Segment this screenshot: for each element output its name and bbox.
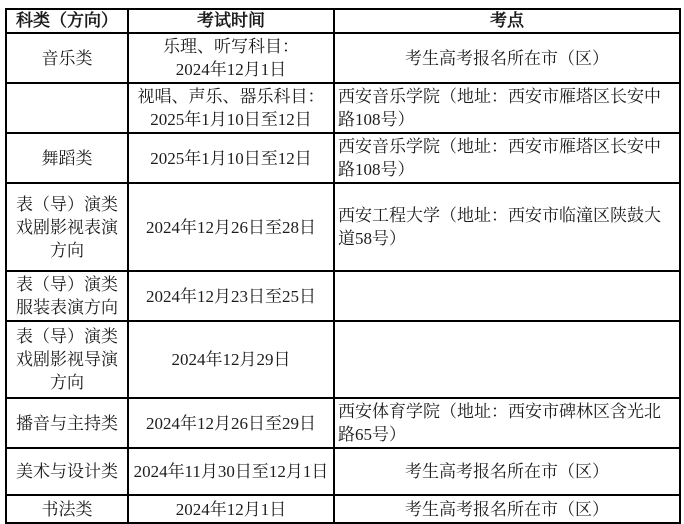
time-cell: 2024年12月29日 bbox=[128, 321, 334, 398]
table-row: 视唱、声乐、器乐科目： 2025年1月10日至12日 西安音乐学院（地址：西安市… bbox=[6, 83, 680, 133]
time-cell: 2024年12月23日至25日 bbox=[128, 271, 334, 321]
table-row: 表（导）演类 戏剧影视导演 方向 2024年12月29日 bbox=[6, 321, 680, 398]
venue-cell: 西安体育学院（地址：西安市碑林区含光北路65号） bbox=[334, 398, 680, 448]
venue-cell: 考生高考报名所在市（区） bbox=[334, 33, 680, 83]
venue-cell: 西安音乐学院（地址：西安市雁塔区长安中路108号） bbox=[334, 133, 680, 183]
venue-cell: 考生高考报名所在市（区） bbox=[334, 448, 680, 495]
header-category: 科类（方向） bbox=[6, 9, 128, 33]
table-row: 舞蹈类 2025年1月10日至12日 西安音乐学院（地址：西安市雁塔区长安中路1… bbox=[6, 133, 680, 183]
table-row: 美术与设计类 2024年11月30日至12月1日 考生高考报名所在市（区） bbox=[6, 448, 680, 495]
time-cell: 2024年12月1日 bbox=[128, 495, 334, 500]
table-row: 书法类 2024年12月1日 考生高考报名所在市（区） bbox=[6, 495, 680, 500]
category-cell: 美术与设计类 bbox=[6, 448, 128, 495]
table-row: 表（导）演类 戏剧影视表演 方向 2024年12月26日至28日 西安工程大学（… bbox=[6, 183, 680, 271]
category-cell: 表（导）演类 戏剧影视表演 方向 bbox=[6, 183, 128, 271]
venue-cell: 考生高考报名所在市（区） bbox=[334, 495, 680, 500]
category-cell: 表（导）演类 戏剧影视导演 方向 bbox=[6, 321, 128, 398]
time-cell: 乐理、听写科目： 2024年12月1日 bbox=[128, 33, 334, 83]
category-cell: 舞蹈类 bbox=[6, 133, 128, 183]
category-cell: 播音与主持类 bbox=[6, 398, 128, 448]
table-row: 表（导）演类 服装表演方向 2024年12月23日至25日 bbox=[6, 271, 680, 321]
time-cell: 2024年11月30日至12月1日 bbox=[128, 448, 334, 495]
time-cell: 2025年1月10日至12日 bbox=[128, 133, 334, 183]
exam-schedule-table: 科类（方向） 考试时间 考点 音乐类 乐理、听写科目： 2024年12月1日 考… bbox=[5, 8, 681, 500]
category-cell: 表（导）演类 服装表演方向 bbox=[6, 271, 128, 321]
category-cell: 音乐类 bbox=[6, 33, 128, 83]
category-cell: 书法类 bbox=[6, 495, 128, 500]
venue-cell bbox=[334, 271, 680, 321]
time-cell: 视唱、声乐、器乐科目： 2025年1月10日至12日 bbox=[128, 83, 334, 133]
table-row: 音乐类 乐理、听写科目： 2024年12月1日 考生高考报名所在市（区） bbox=[6, 33, 680, 83]
time-cell: 2024年12月26日至28日 bbox=[128, 183, 334, 271]
header-exam-time: 考试时间 bbox=[128, 9, 334, 33]
venue-cell: 西安工程大学（地址：西安市临潼区陕鼓大道58号） bbox=[334, 183, 680, 271]
exam-schedule: 科类（方向） 考试时间 考点 音乐类 乐理、听写科目： 2024年12月1日 考… bbox=[5, 8, 681, 500]
time-cell: 2024年12月26日至29日 bbox=[128, 398, 334, 448]
category-cell bbox=[6, 83, 128, 133]
venue-cell: 西安音乐学院（地址：西安市雁塔区长安中路108号） bbox=[334, 83, 680, 133]
header-row: 科类（方向） 考试时间 考点 bbox=[6, 9, 680, 33]
table-row: 播音与主持类 2024年12月26日至29日 西安体育学院（地址：西安市碑林区含… bbox=[6, 398, 680, 448]
header-exam-venue: 考点 bbox=[334, 9, 680, 33]
venue-cell bbox=[334, 321, 680, 398]
